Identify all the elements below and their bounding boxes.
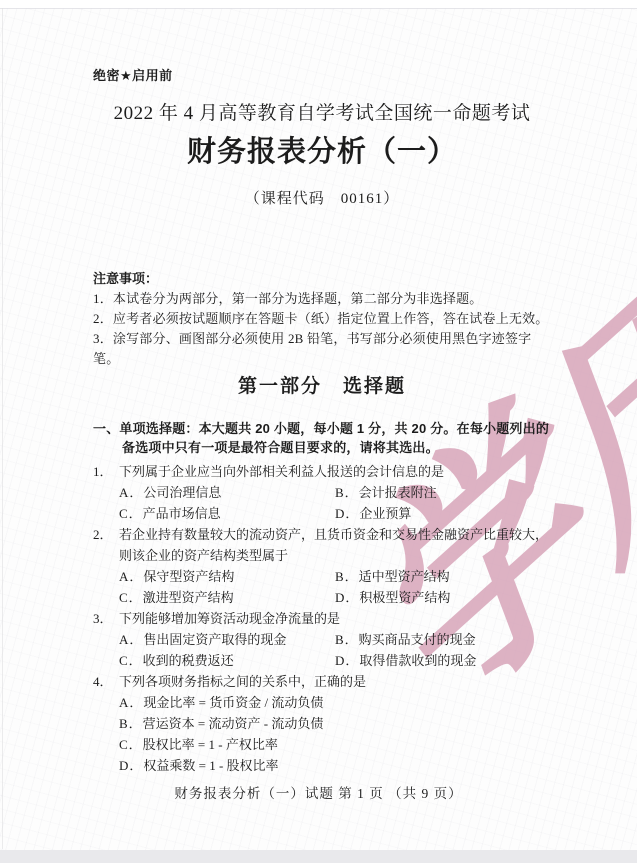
scan-edge-top-margin bbox=[0, 0, 637, 8]
option-group: A．售出固定资产取得的现金B．购买商品支付的现金C．收到的税费返还D．取得借款收… bbox=[119, 629, 551, 671]
option: B．购买商品支付的现金 bbox=[335, 629, 551, 650]
option-label: C． bbox=[119, 653, 143, 668]
option: C．收到的税费返还 bbox=[119, 650, 335, 671]
section-intro-label: 一、 bbox=[93, 421, 119, 436]
option-label: B． bbox=[335, 485, 359, 500]
option: B．适中型资产结构 bbox=[335, 566, 551, 587]
option: B．营运资本 = 流动资产 - 流动负债 bbox=[119, 713, 551, 734]
option-label: B． bbox=[119, 716, 143, 731]
page-content: 绝密★启用前 2022 年 4 月高等教育自学考试全国统一命题考试 财务报表分析… bbox=[0, 0, 637, 776]
option-text: 营运资本 = 流动资产 - 流动负债 bbox=[143, 716, 324, 731]
option-label: C． bbox=[119, 737, 143, 752]
option: D．企业预算 bbox=[335, 503, 551, 524]
option-label: D． bbox=[335, 653, 359, 668]
question-number: 3． bbox=[93, 608, 119, 629]
option-text: 保守型资产结构 bbox=[143, 569, 234, 584]
option: B．会计报表附注 bbox=[335, 482, 551, 503]
option-group: A．保守型资产结构B．适中型资产结构C．激进型资产结构D．积极型资产结构 bbox=[119, 566, 551, 608]
notice-item: 2．应考者必须按试题顺序在答题卡（纸）指定位置上作答，答在试卷上无效。 bbox=[93, 309, 551, 329]
option-label: A． bbox=[119, 569, 143, 584]
option: C．产品市场信息 bbox=[119, 503, 335, 524]
notice-item: 3．涂写部分、画图部分必须使用 2B 铅笔，书写部分必须使用黑色字迹签字笔。 bbox=[93, 329, 551, 369]
question-body: 下列各项财务指标之间的关系中，正确的是A．现金比率 = 货币资金 / 流动负债B… bbox=[119, 671, 551, 776]
course-code: （课程代码 00161） bbox=[93, 191, 551, 207]
scan-edge-left-line bbox=[2, 8, 3, 849]
classification-label: 绝密★启用前 bbox=[93, 69, 551, 83]
question-list: 1．下列属于企业应当向外部相关利益人报送的会计信息的是A．公司治理信息B．会计报… bbox=[93, 461, 551, 776]
question: 1．下列属于企业应当向外部相关利益人报送的会计信息的是A．公司治理信息B．会计报… bbox=[93, 461, 551, 524]
option-text: 会计报表附注 bbox=[359, 485, 437, 500]
option-label: A． bbox=[119, 695, 143, 710]
part1-heading: 第一部分 选择题 bbox=[93, 377, 551, 397]
question-text: 下列各项财务指标之间的关系中，正确的是 bbox=[119, 671, 551, 692]
option-text: 权益乘数 = 1 - 股权比率 bbox=[143, 758, 278, 773]
option: D．取得借款收到的现金 bbox=[335, 650, 551, 671]
option-label: A． bbox=[119, 485, 143, 500]
option-group: A．公司治理信息B．会计报表附注C．产品市场信息D．企业预算 bbox=[119, 482, 551, 524]
option-label: D． bbox=[119, 758, 143, 773]
question: 2．若企业持有数量较大的流动资产，且货币资金和交易性金融资产比重较大，则该企业的… bbox=[93, 524, 551, 608]
option-text: 股权比率 = 1 - 产权比率 bbox=[143, 737, 278, 752]
question-number: 4． bbox=[93, 671, 119, 692]
notice-items: 1．本试卷分为两部分，第一部分为选择题，第二部分为非选择题。2．应考者必须按试题… bbox=[93, 289, 551, 369]
option: A．保守型资产结构 bbox=[119, 566, 335, 587]
question-text: 若企业持有数量较大的流动资产，且货币资金和交易性金融资产比重较大，则该企业的资产… bbox=[119, 524, 551, 566]
exam-paper-page: 学历 绝密★启用前 2022 年 4 月高等教育自学考试全国统一命题考试 财务报… bbox=[0, 0, 637, 863]
option-label: D． bbox=[335, 590, 359, 605]
notice-heading: 注意事项： bbox=[93, 269, 551, 289]
option-label: B． bbox=[335, 632, 359, 647]
option-text: 积极型资产结构 bbox=[359, 590, 450, 605]
option: A．现金比率 = 货币资金 / 流动负债 bbox=[119, 692, 551, 713]
option: C．激进型资产结构 bbox=[119, 587, 335, 608]
question-body: 下列属于企业应当向外部相关利益人报送的会计信息的是A．公司治理信息B．会计报表附… bbox=[119, 461, 551, 524]
option-text: 购买商品支付的现金 bbox=[359, 632, 476, 647]
option-group: A．现金比率 = 货币资金 / 流动负债B．营运资本 = 流动资产 - 流动负债… bbox=[119, 692, 551, 776]
option-text: 激进型资产结构 bbox=[143, 590, 234, 605]
option-text: 收到的税费返还 bbox=[143, 653, 234, 668]
exam-session-title: 2022 年 4 月高等教育自学考试全国统一命题考试 bbox=[93, 102, 551, 126]
question: 3．下列能够增加筹资活动现金净流量的是A．售出固定资产取得的现金B．购买商品支付… bbox=[93, 608, 551, 671]
exam-title: 财务报表分析（一） bbox=[93, 136, 551, 168]
question-text: 下列能够增加筹资活动现金净流量的是 bbox=[119, 608, 551, 629]
page-footer: 财务报表分析（一）试题 第 1 页 （共 9 页） bbox=[0, 782, 637, 802]
option-label: D． bbox=[335, 506, 359, 521]
section-intro: 一、单项选择题：本大题共 20 小题，每小题 1 分，共 20 分。在每小题列出… bbox=[93, 419, 551, 457]
question-body: 下列能够增加筹资活动现金净流量的是A．售出固定资产取得的现金B．购买商品支付的现… bbox=[119, 608, 551, 671]
option: D．权益乘数 = 1 - 股权比率 bbox=[119, 755, 551, 776]
option-label: A． bbox=[119, 632, 143, 647]
option: C．股权比率 = 1 - 产权比率 bbox=[119, 734, 551, 755]
option-text: 售出固定资产取得的现金 bbox=[143, 632, 286, 647]
question-body: 若企业持有数量较大的流动资产，且货币资金和交易性金融资产比重较大，则该企业的资产… bbox=[119, 524, 551, 608]
scan-edge-top-line bbox=[0, 8, 637, 9]
option-text: 取得借款收到的现金 bbox=[359, 653, 476, 668]
option-label: C． bbox=[119, 590, 143, 605]
question-text: 下列属于企业应当向外部相关利益人报送的会计信息的是 bbox=[119, 461, 551, 482]
notice-item: 1．本试卷分为两部分，第一部分为选择题，第二部分为非选择题。 bbox=[93, 289, 551, 309]
question-number: 2． bbox=[93, 524, 119, 545]
option: D．积极型资产结构 bbox=[335, 587, 551, 608]
section-intro-text: 单项选择题：本大题共 20 小题，每小题 1 分，共 20 分。在每小题列出的备… bbox=[119, 421, 549, 455]
question-number: 1． bbox=[93, 461, 119, 482]
option-text: 现金比率 = 货币资金 / 流动负债 bbox=[143, 695, 323, 710]
notice-section: 注意事项： 1．本试卷分为两部分，第一部分为选择题，第二部分为非选择题。2．应考… bbox=[93, 269, 551, 369]
option: A．公司治理信息 bbox=[119, 482, 335, 503]
option-label: B． bbox=[335, 569, 359, 584]
option-text: 产品市场信息 bbox=[143, 506, 221, 521]
option-label: C． bbox=[119, 506, 143, 521]
option: A．售出固定资产取得的现金 bbox=[119, 629, 335, 650]
option-text: 公司治理信息 bbox=[143, 485, 221, 500]
option-text: 企业预算 bbox=[359, 506, 411, 521]
option-text: 适中型资产结构 bbox=[359, 569, 450, 584]
question: 4．下列各项财务指标之间的关系中，正确的是A．现金比率 = 货币资金 / 流动负… bbox=[93, 671, 551, 776]
scan-edge-bottom-band bbox=[0, 850, 637, 863]
